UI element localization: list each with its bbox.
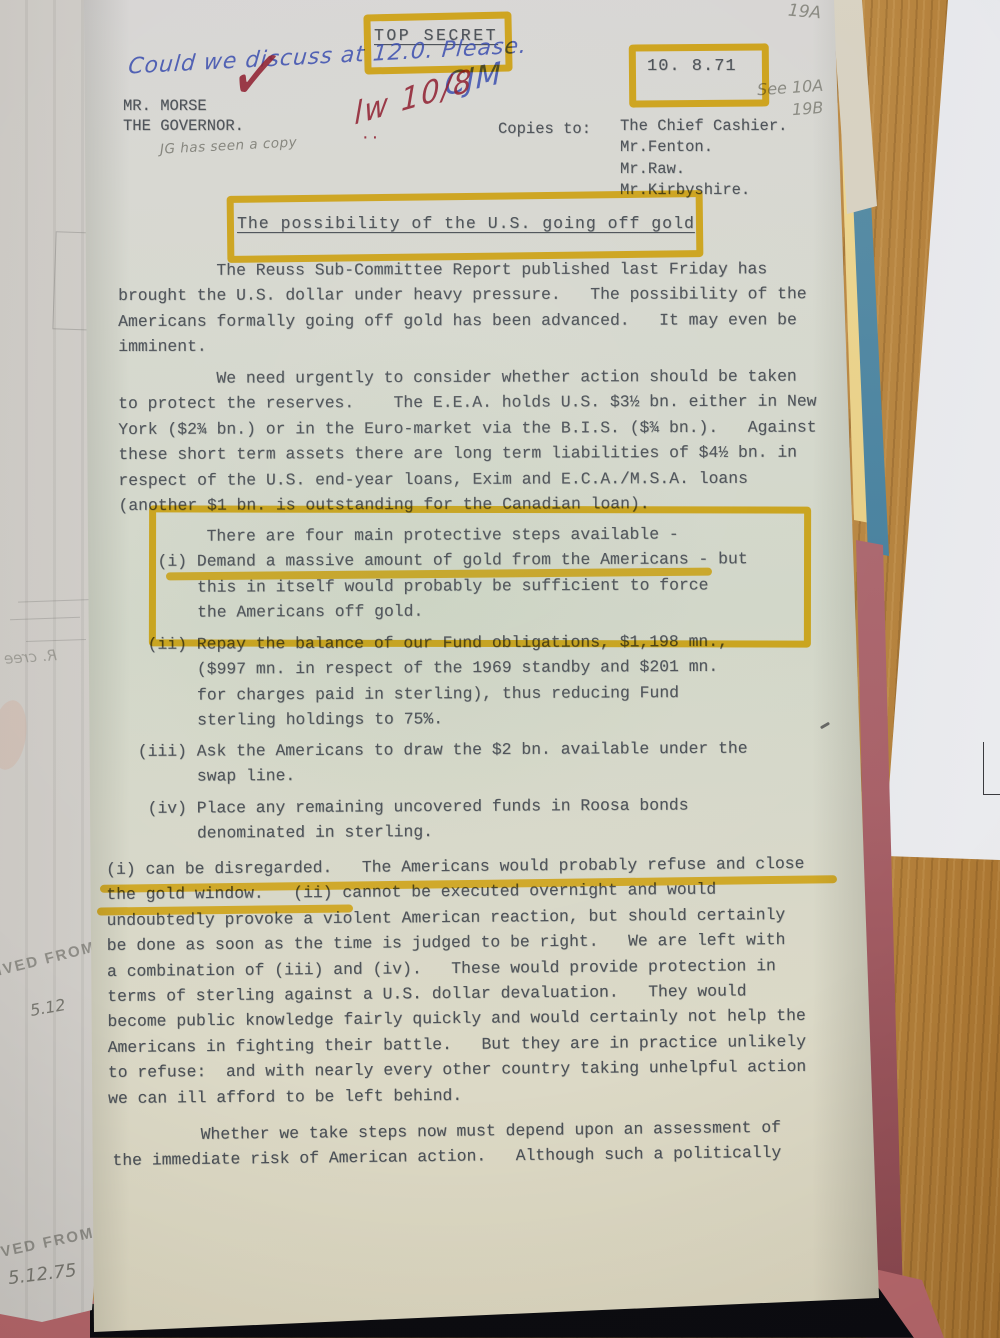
copies-list-item: Mr.Fenton. xyxy=(620,137,787,158)
memo-step-ii: (ii) Repay the balance of our Fund oblig… xyxy=(118,628,817,733)
memo-line: respect of the U.S. end-year loans, Exim… xyxy=(118,465,816,493)
memo-steps-intro-and-i: There are four main protective steps ava… xyxy=(118,521,817,626)
memo-paragraph-5: Whether we take steps now must depend up… xyxy=(112,1114,817,1173)
mirrored-showthrough-note: R. cree xyxy=(3,646,57,668)
memo-line: (another $1 bn. is outstanding for the C… xyxy=(118,490,816,518)
showthrough-line xyxy=(10,617,80,620)
stamp-date-lower: 5.12.75 xyxy=(7,1260,78,1289)
memo-date: 10. 8.71 xyxy=(647,57,737,76)
memo-line: swap line. xyxy=(118,761,816,790)
printed-box-corner xyxy=(983,742,1000,795)
memo-line: imminent. xyxy=(118,332,816,359)
copies-list-item: Mr.Raw. xyxy=(620,159,787,180)
memo-line: denominated in sterling. xyxy=(118,817,817,847)
received-stamp-lower: EIVED FROM xyxy=(0,1224,96,1264)
memo-line: brought the U.S. dollar under heavy pres… xyxy=(118,282,816,309)
memo-line: the Americans off gold. xyxy=(118,597,816,625)
memo-line: (iii) Ask the Americans to draw the $2 b… xyxy=(118,736,816,765)
red-ink-dots: ·· xyxy=(362,126,381,149)
memo-line: to protect the reserves. The E.E.A. hold… xyxy=(118,389,816,417)
pencil-ref-19a: 19A xyxy=(787,1,822,24)
pencil-ref-19b: 19B xyxy=(791,98,824,119)
memo-line: this in itself would probably be suffici… xyxy=(118,572,816,600)
memo-line: (ii) Repay the balance of our Fund oblig… xyxy=(118,628,816,657)
showthrough-line xyxy=(26,639,86,642)
stamp-date-upper: 5.12 xyxy=(29,995,67,1020)
memo-step-iv: (iv) Place any remaining uncovered funds… xyxy=(118,792,817,847)
memo-line: (i) Demand a massive amount of gold from… xyxy=(118,546,816,574)
archival-photo: R. cree EIVED FROM 5.12 EIVED FROM 5.12.… xyxy=(0,0,1000,1338)
memo-line: ($997 mn. in respect of the 1969 standby… xyxy=(118,653,816,682)
memo-line: The Reuss Sub-Committee Report published… xyxy=(118,256,816,283)
memo-paragraph-2: We need urgently to consider whether act… xyxy=(118,363,817,518)
memo-body: The Reuss Sub-Committee Report published… xyxy=(118,258,816,1180)
copies-to-label: Copies to: xyxy=(498,120,591,138)
memo-line: We need urgently to consider whether act… xyxy=(118,363,816,391)
memo-line: York ($2¾ bn.) or in the Euro-market via… xyxy=(118,414,816,442)
memo-line: sterling holdings to 75%. xyxy=(118,704,816,733)
red-tick-mark: ✓ xyxy=(223,25,290,124)
memo-line: we can ill afford to be left behind. xyxy=(108,1079,819,1111)
memo-line: these short term assets there are long t… xyxy=(118,439,816,467)
memo-paragraph-4: (i) can be disregarded. The Americans wo… xyxy=(106,851,819,1111)
copies-list: The Chief Cashier.Mr.Fenton.Mr.Raw.Mr.Ki… xyxy=(620,116,787,202)
copies-list-item: The Chief Cashier. xyxy=(620,116,787,137)
fingertip xyxy=(0,698,31,772)
copies-list-item: Mr.Kirbyshire. xyxy=(620,180,787,201)
memo-line: Americans formally going off gold has be… xyxy=(118,307,816,334)
received-stamp-upper: EIVED FROM xyxy=(0,939,98,983)
memo-line: There are four main protective steps ava… xyxy=(118,521,816,549)
memo-title: The possibility of the U.S. going off go… xyxy=(237,214,695,233)
red-date-scribble: lw 10/8 xyxy=(354,62,473,133)
pencil-seen-note: JG has seen a copy xyxy=(160,134,298,157)
memo-paragraph-1: The Reuss Sub-Committee Report published… xyxy=(118,256,817,359)
memo-step-iii: (iii) Ask the Americans to draw the $2 b… xyxy=(118,736,817,790)
memo-line: for charges paid in sterling), thus redu… xyxy=(118,679,816,708)
